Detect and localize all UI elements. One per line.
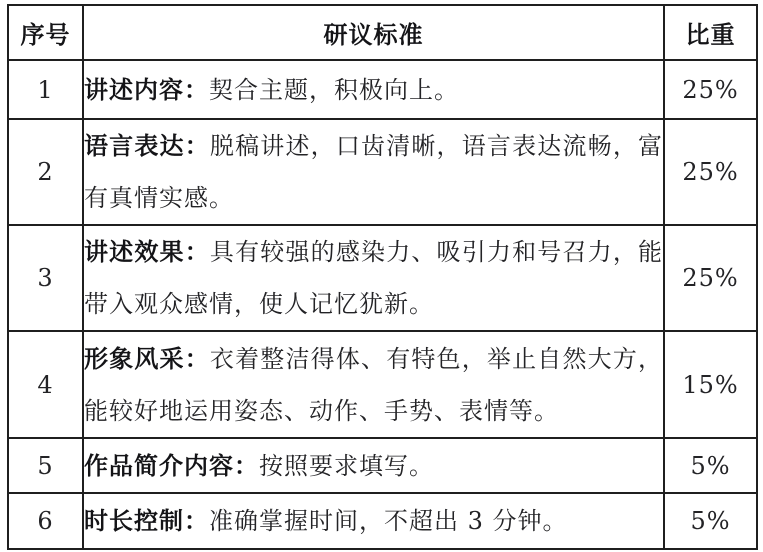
criteria-text: 契合主题，积极向上。 [209,76,459,104]
criteria-label: 形象风采： [84,344,210,373]
table-row: 2 语言表达：脱稿讲述，口齿清晰，语言表达流畅，富有真情实感。 25% [8,119,757,225]
table-row: 6 时长控制：准确掌握时间，不超出 3 分钟。 5% [8,493,757,549]
criteria-text: 按照要求填写。 [259,452,434,480]
criteria-text: 准确掌握时间，不超出 3 分钟。 [209,507,568,535]
cell-weight: 25% [664,60,757,119]
cell-criteria: 作品简介内容：按照要求填写。 [83,438,664,493]
evaluation-criteria-table: 序号 研议标准 比重 1 讲述内容：契合主题，积极向上。 25% 2 语言表达：… [7,4,758,550]
criteria-label: 讲述效果： [84,237,210,266]
table-row: 1 讲述内容：契合主题，积极向上。 25% [8,60,757,119]
table-row: 5 作品简介内容：按照要求填写。 5% [8,438,757,493]
cell-row-number: 4 [8,331,83,438]
cell-weight: 15% [664,331,757,438]
cell-weight: 25% [664,225,757,331]
cell-criteria: 时长控制：准确掌握时间，不超出 3 分钟。 [83,493,664,549]
header-cell-no: 序号 [8,5,83,60]
header-row: 序号 研议标准 比重 [8,5,757,60]
table-row: 4 形象风采：衣着整洁得体、有特色，举止自然大方，能较好地运用姿态、动作、手势、… [8,331,757,438]
cell-criteria: 形象风采：衣着整洁得体、有特色，举止自然大方，能较好地运用姿态、动作、手势、表情… [83,331,664,438]
cell-weight: 5% [664,438,757,493]
cell-row-number: 2 [8,119,83,225]
cell-row-number: 1 [8,60,83,119]
table-row: 3 讲述效果：具有较强的感染力、吸引力和号召力，能带入观众感情，使人记忆犹新。 … [8,225,757,331]
cell-weight: 5% [664,493,757,549]
header-cell-criteria: 研议标准 [83,5,664,60]
cell-row-number: 5 [8,438,83,493]
document-page: 序号 研议标准 比重 1 讲述内容：契合主题，积极向上。 25% 2 语言表达：… [0,0,763,552]
criteria-label: 语言表达： [84,131,210,160]
header-cell-weight: 比重 [664,5,757,60]
criteria-label: 作品简介内容： [84,451,259,480]
cell-criteria: 讲述效果：具有较强的感染力、吸引力和号召力，能带入观众感情，使人记忆犹新。 [83,225,664,331]
cell-criteria: 语言表达：脱稿讲述，口齿清晰，语言表达流畅，富有真情实感。 [83,119,664,225]
cell-row-number: 3 [8,225,83,331]
criteria-label: 讲述内容： [84,75,209,104]
criteria-label: 时长控制： [84,506,209,535]
cell-row-number: 6 [8,493,83,549]
cell-criteria: 讲述内容：契合主题，积极向上。 [83,60,664,119]
cell-weight: 25% [664,119,757,225]
